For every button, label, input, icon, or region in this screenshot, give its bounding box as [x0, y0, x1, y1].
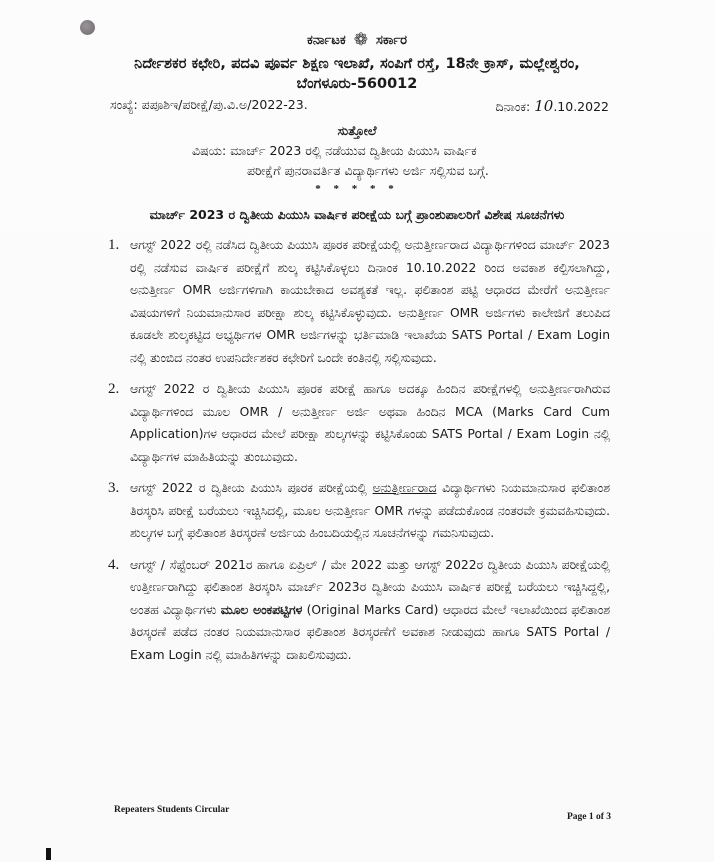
- item-number: 2.: [108, 378, 119, 401]
- instruction-list: 1. ಆಗಸ್ಟ್ 2022 ರಲ್ಲಿ ನಡೆಸಿದ ದ್ವಿತೀಯ ಪಿಯು…: [108, 234, 610, 675]
- instruction-item: 4. ಆಗಸ್ಟ್ / ಸೆಪ್ಟೆಂಬರ್ 2021ರ ಹಾಗೂ ಏಪ್ರಿಲ…: [108, 554, 610, 667]
- date-label: ದಿನಾಂಕ:: [495, 99, 530, 114]
- instruction-item: 2. ಆಗಸ್ಟ್ 2022 ರ ದ್ವಿತೀಯ ಪಿಯುಸಿ ಪೂರಕ ಪರೀ…: [108, 378, 610, 468]
- government-line: ಕರ್ನಾಟಕ ❁ ಸರ್ಕಾರ: [0, 30, 714, 50]
- item-number: 1.: [108, 234, 119, 257]
- subject-line-2: ಪರೀಕ್ಷೆಗೆ ಪುನರಾವರ್ತಿತ ವಿದ್ಯಾರ್ಥಿಗಳು ಅರ್ಜ…: [192, 161, 489, 181]
- footer-page-number: Page 1 of 3: [567, 812, 611, 822]
- subject-line-1: ವಿಷಯ: ಮಾರ್ಚ್ 2023 ರಲ್ಲಿ ನಡೆಯುವ ದ್ವಿತೀಯ ಪ…: [192, 141, 489, 161]
- item-number: 4.: [108, 554, 119, 577]
- reference-row: ಸಂಖ್ಯೆ: ಪಪೂಶಿಇ/ಪರೀಕ್ಷೆ/ಪು.ವಿ.ಅ/2022-23. …: [110, 97, 609, 115]
- item-number: 3.: [108, 477, 119, 500]
- item-bold-text: ಮೂಲ ಅಂಕಪಟ್ಟಿಗಳ: [221, 603, 302, 617]
- separator: * * * * *: [0, 183, 714, 195]
- date-rest: .10.2022: [553, 99, 609, 114]
- item-text: ಆಗಸ್ಟ್ 2022 ರ ದ್ವಿತೀಯ ಪಿಯುಸಿ ಪೂರಕ ಪರೀಕ್ಷ…: [130, 481, 373, 495]
- notice-title: ಸುತ್ತೋಲೆ: [0, 123, 714, 139]
- item-text: ಆಗಸ್ಟ್ 2022 ರ ದ್ವಿತೀಯ ಪಿಯುಸಿ ಪೂರಕ ಪರೀಕ್ಷ…: [130, 382, 610, 464]
- gov-left-text: ಕರ್ನಾಟಕ: [307, 33, 346, 48]
- gov-right-text: ಸರ್ಕಾರ: [376, 33, 407, 48]
- letterhead: ಕರ್ನಾಟಕ ❁ ಸರ್ಕಾರ ನಿರ್ದೇಶಕರ ಕಛೇರಿ, ಪದವಿ ಪ…: [0, 30, 714, 92]
- item-underlined-text: ಅನುತ್ತೀರ್ಣರಾದ: [373, 481, 437, 495]
- subject: ವಿಷಯ: ಮಾರ್ಚ್ 2023 ರಲ್ಲಿ ನಡೆಯುವ ದ್ವಿತೀಯ ಪ…: [192, 141, 489, 181]
- instruction-item: 1. ಆಗಸ್ಟ್ 2022 ರಲ್ಲಿ ನಡೆಸಿದ ದ್ವಿತೀಯ ಪಿಯು…: [108, 234, 610, 369]
- scan-edge-mark: [46, 848, 51, 860]
- item-text: ಆಗಸ್ಟ್ 2022 ರಲ್ಲಿ ನಡೆಸಿದ ದ್ವಿತೀಯ ಪಿಯುಸಿ …: [130, 238, 610, 365]
- footer-circular-name: Repeaters Students Circular: [114, 805, 229, 815]
- office-city: ಬೆಂಗಳೂರು-560012: [0, 76, 714, 92]
- date: ದಿನಾಂಕ: 10.10.2022: [495, 97, 609, 115]
- office-address: ನಿರ್ದೇಶಕರ ಕಛೇರಿ, ಪದವಿ ಪೂರ್ವ ಶಿಕ್ಷಣ ಇಲಾಖೆ…: [0, 56, 714, 72]
- instruction-item: 3. ಆಗಸ್ಟ್ 2022 ರ ದ್ವಿತೀಯ ಪಿಯುಸಿ ಪೂರಕ ಪರೀ…: [108, 477, 610, 545]
- document-page: ಕರ್ನಾಟಕ ❁ ಸರ್ಕಾರ ನಿರ್ದೇಶಕರ ಕಛೇರಿ, ಪದವಿ ಪ…: [0, 0, 714, 862]
- section-heading: ಮಾರ್ಚ್ 2023 ರ ದ್ವಿತೀಯ ಪಿಯುಸಿ ವಾರ್ಷಿಕ ಪರೀ…: [0, 207, 714, 223]
- date-day-handwritten: 10: [534, 97, 553, 115]
- reference-number: ಸಂಖ್ಯೆ: ಪಪೂಶಿಇ/ಪರೀಕ್ಷೆ/ಪು.ವಿ.ಅ/2022-23.: [110, 97, 308, 115]
- state-emblem-icon: ❁: [354, 30, 368, 50]
